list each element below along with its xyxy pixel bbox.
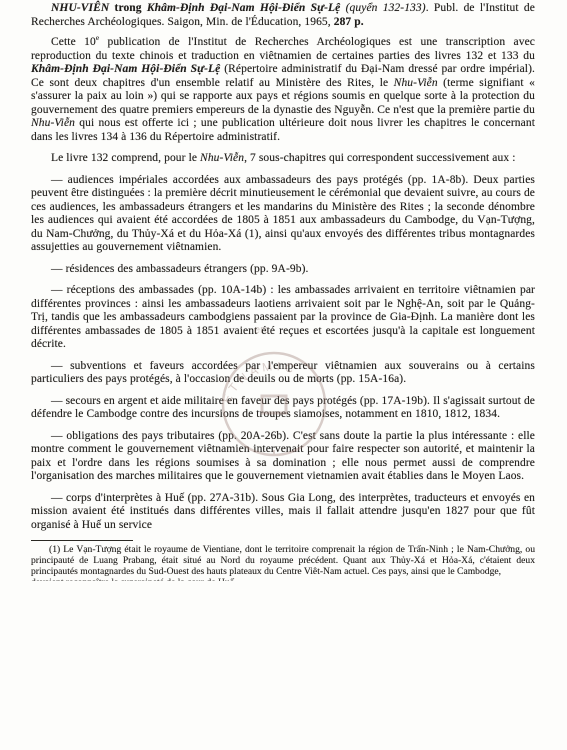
reference-citation: NHU-VIÊN trong Khâm-Định Đại-Nam Hội-Điể…	[31, 2, 535, 29]
document-body: NHU-VIÊN trong Khâm-Định Đại-Nam Hội-Điể…	[31, 2, 535, 532]
list-item-residences: — résidences des ambassadeurs étrangers …	[31, 263, 535, 277]
footnote-clipped-line: devaient reconnaître la suzeraineté de l…	[31, 577, 535, 581]
paragraph-intro: Cette 10e publication de l'Institut de R…	[31, 36, 535, 144]
footnote-1: (1) Le Vạn-Tượng était le royaume de Vie…	[31, 544, 535, 577]
list-item-secours: — secours en argent et aide militaire en…	[31, 395, 535, 422]
list-item-obligations: — obligations des pays tributaires (pp. …	[31, 430, 535, 484]
list-item-receptions: — réceptions des ambassades (pp. 10A-14b…	[31, 284, 535, 352]
list-item-audiences-imperiales: — audiences impériales accordées aux amb…	[31, 174, 535, 255]
footnote-separator	[31, 540, 133, 541]
paragraph-livre-132: Le livre 132 comprend, pour le Nhu-Viễn,…	[31, 152, 535, 166]
footnote-block: (1) Le Vạn-Tượng était le royaume de Vie…	[31, 540, 535, 581]
scanned-document-page: NHU-VIÊN trong Khâm-Định Đại-Nam Hội-Điể…	[0, 0, 567, 750]
list-item-interpretes: — corps d'interprètes à Huế (pp. 27A-31b…	[31, 492, 535, 533]
list-item-subventions: — subventions et faveurs accordées par l…	[31, 360, 535, 387]
